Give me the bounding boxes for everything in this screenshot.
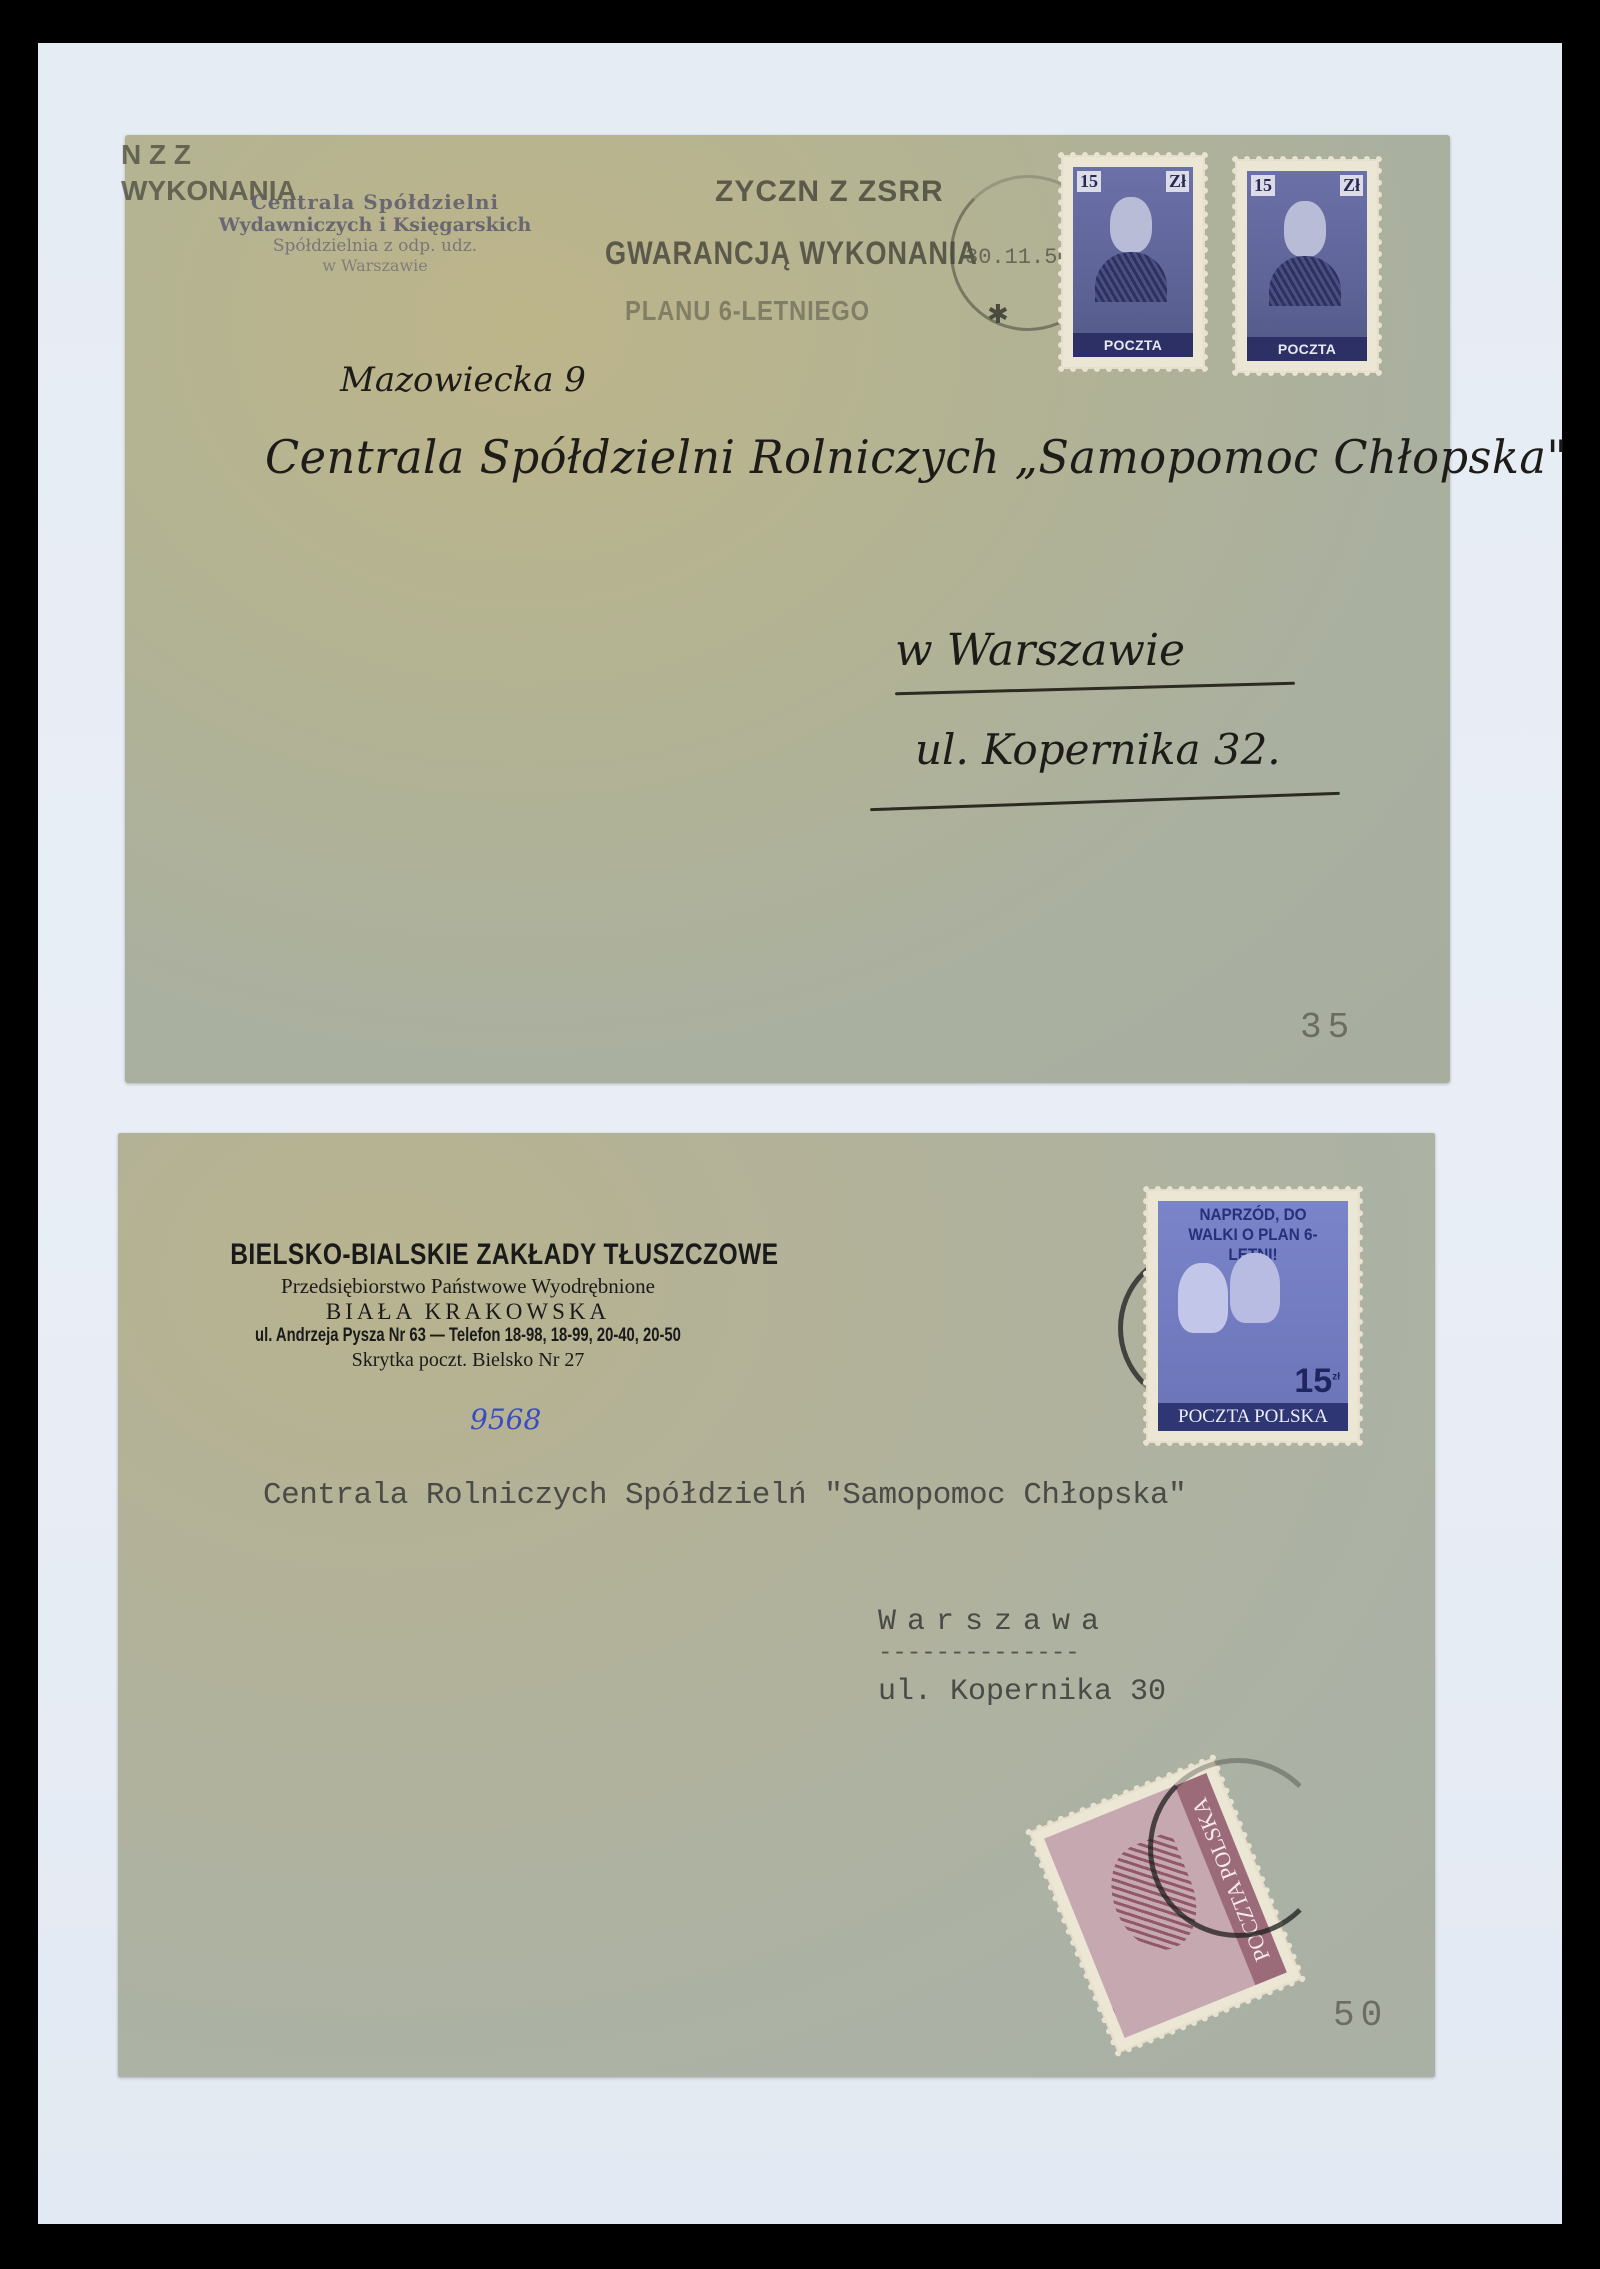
pencil-note: 35 xyxy=(1300,1007,1355,1048)
stamp-country: POCZTA POLSKA xyxy=(1073,333,1193,357)
stamp-bierut-2: 15 Zł POCZTA POLSKA xyxy=(1237,161,1377,371)
postmark-star-icon: ✱ xyxy=(987,300,1009,330)
postmark-ring xyxy=(1148,1758,1328,1938)
stamp-value: 15zł xyxy=(1294,1362,1340,1401)
letterhead-city: BIAŁA KRAKOWSKA xyxy=(178,1299,758,1325)
stamp-country: POCZTA POLSKA xyxy=(1158,1403,1348,1431)
letterhead-address: ul. Andrzeja Pysza Nr 63 — Telefon 18-98… xyxy=(242,1325,694,1347)
handwritten-address-line4: ul. Kopernika 32. xyxy=(915,725,1281,774)
letterhead-pobox: Skrytka poczt. Bielsko Nr 27 xyxy=(178,1349,758,1372)
stamp-country: POCZTA POLSKA xyxy=(1247,337,1367,361)
slogan-cancel-line3: PLANU 6-LETNIEGO xyxy=(625,295,870,327)
sender-line4: w Warszawie xyxy=(185,256,565,275)
reference-number: 9568 xyxy=(470,1403,541,1436)
cover-bottom: BIELSKO-BIALSKIE ZAKŁADY TŁUSZCZOWE Prze… xyxy=(118,1133,1435,2077)
cover-top: N Z Z WYKONANIA ZYCZN Z ZSRR GWARANCJĄ W… xyxy=(125,135,1450,1083)
letterhead: BIELSKO-BIALSKIE ZAKŁADY TŁUSZCZOWE Prze… xyxy=(178,1238,758,1372)
slogan-cancel-line2: GWARANCJĄ WYKONANIA xyxy=(605,235,978,272)
stamp-design: 15 Zł POCZTA POLSKA xyxy=(1073,167,1193,357)
pencil-note: 50 xyxy=(1333,1995,1388,2036)
slogan-cancel-line1: ZYCZN Z ZSRR xyxy=(715,175,944,209)
stamp-currency: zł xyxy=(1332,1372,1340,1383)
sender-line1: Centrala Spółdzielni xyxy=(185,190,565,214)
handwritten-address-line1: Mazowiecka 9 xyxy=(340,360,586,400)
sender-line2: Wydawniczych i Księgarskich xyxy=(185,214,565,236)
portrait-icon xyxy=(1269,201,1339,301)
handwritten-address-line3: w Warszawie xyxy=(895,625,1185,676)
stamp-value: 45 xyxy=(1086,2000,1129,2038)
underline xyxy=(895,682,1295,695)
letterhead-subtitle: Przedsiębiorstwo Państwowe Wyodrębnione xyxy=(178,1274,758,1299)
typed-address-line3: ul. Kopernika 30 xyxy=(878,1675,1166,1709)
stamp-design: NAPRZÓD, DO WALKI O PLAN 6-LETNI! 15zł P… xyxy=(1158,1201,1348,1431)
sender-line3: Spółdzielnia z odp. udz. xyxy=(185,236,565,256)
typed-address-line1: Centrala Rolniczych Spółdzielń "Samopomo… xyxy=(263,1478,1186,1513)
stamp-currency: Zł xyxy=(1340,175,1363,196)
underline xyxy=(870,792,1340,811)
stamp-value: 15 xyxy=(1251,175,1275,196)
stamp-value: 15 xyxy=(1077,171,1101,192)
handwritten-address-line2: Centrala Spółdzielni Rolniczych „Samopom… xyxy=(265,430,1568,484)
stamp-currency: Zł xyxy=(1166,171,1189,192)
sender-rubber-stamp: Centrala Spółdzielni Wydawniczych i Księ… xyxy=(185,190,565,275)
letterhead-title: BIELSKO-BIALSKIE ZAKŁADY TŁUSZCZOWE xyxy=(230,1238,706,1272)
portrait-icon xyxy=(1095,197,1165,297)
workers-icon xyxy=(1178,1253,1288,1353)
stamp-plan-6-letni: NAPRZÓD, DO WALKI O PLAN 6-LETNI! 15zł P… xyxy=(1148,1191,1358,1441)
stamp-value-number: 15 xyxy=(1294,1362,1332,1400)
stamp-bierut-1: 15 Zł POCZTA POLSKA xyxy=(1063,157,1203,367)
typed-address-line2: Warszawa xyxy=(878,1605,1110,1639)
typed-address-underline: -------------- xyxy=(878,1640,1080,1667)
stamp-design: 15 Zł POCZTA POLSKA xyxy=(1247,171,1367,361)
